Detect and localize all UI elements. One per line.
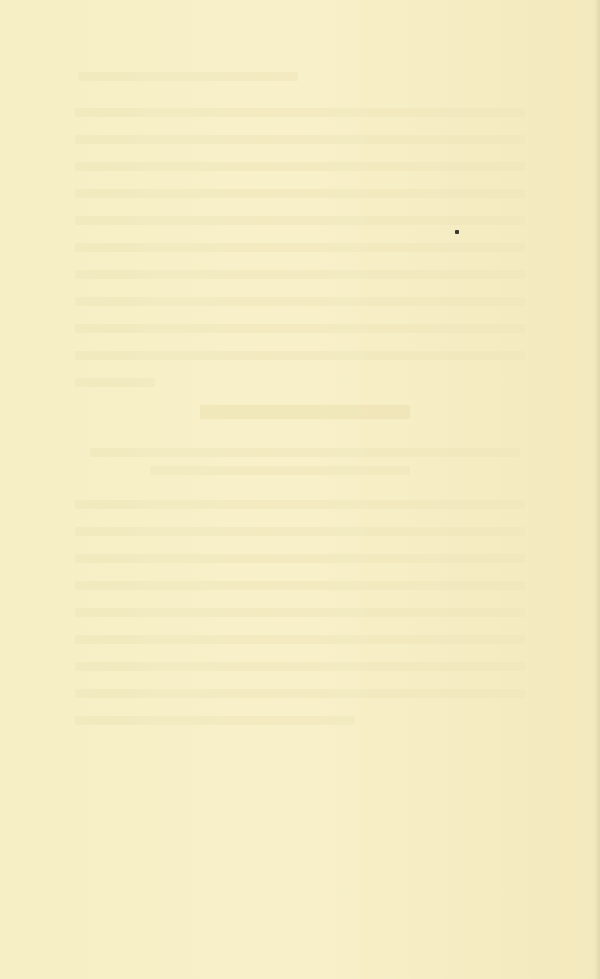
show-through-line <box>75 500 525 509</box>
show-through-line <box>75 351 525 360</box>
show-through-line <box>75 135 525 144</box>
show-through-line <box>75 270 525 279</box>
show-through-line <box>75 662 525 671</box>
show-through-line <box>75 635 525 644</box>
ink-speck <box>455 230 459 234</box>
show-through-line <box>75 162 525 171</box>
show-through-line <box>75 324 525 333</box>
show-through-line <box>75 608 525 617</box>
show-through-heading <box>200 405 410 419</box>
show-through-subheading <box>150 466 410 475</box>
show-through-line <box>78 72 298 81</box>
show-through-line <box>75 581 525 590</box>
show-through-line <box>75 554 525 563</box>
show-through-line <box>75 189 525 198</box>
show-through-subheading <box>90 448 520 457</box>
show-through-line <box>75 297 525 306</box>
show-through-line <box>75 378 155 387</box>
show-through-line <box>75 689 525 698</box>
show-through-line <box>75 527 525 536</box>
show-through-line <box>75 216 525 225</box>
scanned-page <box>0 0 600 979</box>
show-through-line <box>75 716 355 725</box>
show-through-line <box>75 243 525 252</box>
show-through-line <box>75 108 525 117</box>
page-edge-shadow <box>594 0 600 979</box>
